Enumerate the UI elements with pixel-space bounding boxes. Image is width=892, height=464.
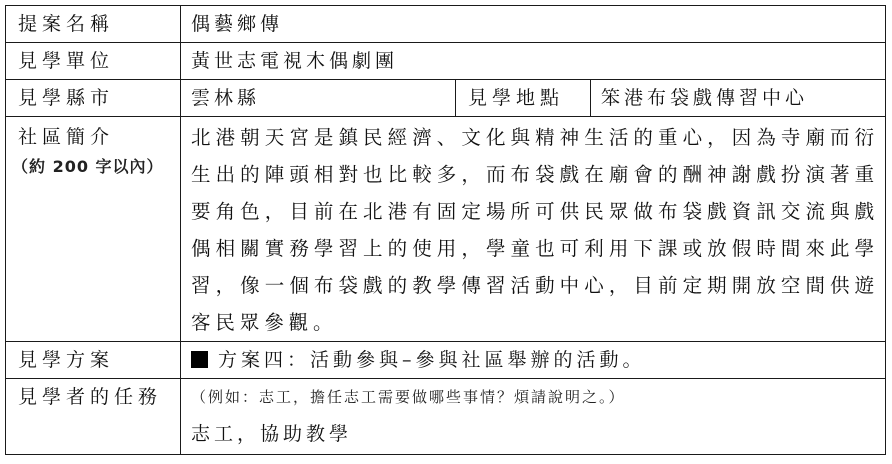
- visit-unit-label: 見學單位: [6, 43, 181, 80]
- visit-location-label: 見學地點: [456, 80, 591, 117]
- visit-plan-value: 方案四：活動參與–參與社區舉辦的活動。: [218, 349, 646, 371]
- visitor-task-cell: （例如：志工，擔任志工需要做哪些事情？煩請說明之。） 志工，協助教學: [181, 379, 886, 455]
- visitor-task-value: 志工，協助教學: [191, 415, 885, 453]
- row-visit-unit: 見學單位 黃世志電視木偶劇團: [6, 43, 886, 80]
- proposal-name-label: 提案名稱: [6, 6, 181, 43]
- row-visit-county-location: 見學縣市 雲林縣 見學地點 笨港布袋戲傳習中心: [6, 80, 886, 117]
- community-intro-label: 社區簡介: [18, 119, 180, 155]
- visit-plan-cell: 方案四：活動參與–參與社區舉辦的活動。: [181, 342, 886, 379]
- community-intro-text: 北港朝天宮是鎮民經濟、文化與精神生活的重心，因為寺廟而衍生出的陣頭相對也比較多，…: [181, 117, 886, 342]
- row-visitor-task: 見學者的任務 （例如：志工，擔任志工需要做哪些事情？煩請說明之。） 志工，協助教…: [6, 379, 886, 455]
- row-proposal-name: 提案名稱 偶藝鄉傳: [6, 6, 886, 43]
- visit-plan-label: 見學方案: [6, 342, 181, 379]
- visitor-task-label: 見學者的任務: [6, 379, 181, 455]
- row-visit-plan: 見學方案 方案四：活動參與–參與社區舉辦的活動。: [6, 342, 886, 379]
- filled-checkbox-icon: [191, 351, 208, 368]
- visit-county-value: 雲林縣: [181, 80, 456, 117]
- proposal-form-table: 提案名稱 偶藝鄉傳 見學單位 黃世志電視木偶劇團 見學縣市 雲林縣 見學地點 笨…: [5, 5, 886, 455]
- visit-location-value: 笨港布袋戲傳習中心: [591, 80, 886, 117]
- visit-county-label: 見學縣市: [6, 80, 181, 117]
- community-intro-sublabel: （約 200 字以內）: [12, 155, 180, 179]
- visitor-task-hint: （例如：志工，擔任志工需要做哪些事情？煩請說明之。）: [191, 379, 885, 415]
- row-community-intro: 社區簡介 （約 200 字以內） 北港朝天宮是鎮民經濟、文化與精神生活的重心，因…: [6, 117, 886, 342]
- visit-unit-value: 黃世志電視木偶劇團: [181, 43, 886, 80]
- proposal-name-value: 偶藝鄉傳: [181, 6, 886, 43]
- community-intro-label-cell: 社區簡介 （約 200 字以內）: [6, 117, 181, 342]
